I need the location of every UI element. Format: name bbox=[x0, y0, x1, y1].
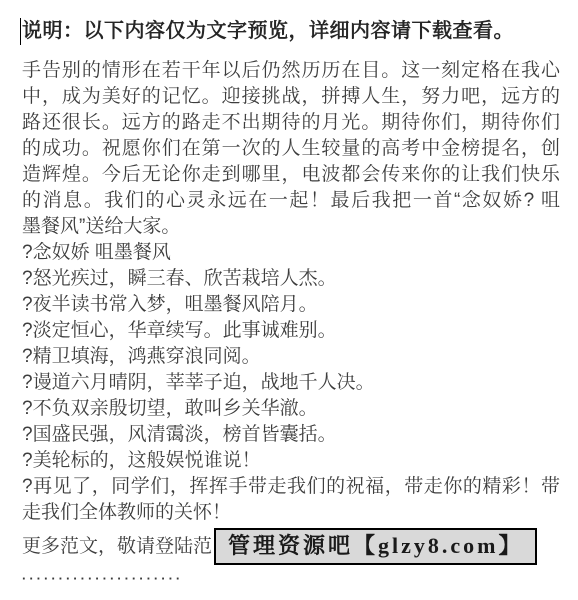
text-line: 中，成为美好的记忆。迎接挑战，拼搏人生，努力吧，远方的 bbox=[22, 84, 560, 110]
text-line: ?再见了，同学们，挥挥手带走我们的祝福，带走你的精彩！带 bbox=[22, 474, 560, 500]
text-line: ?国盛民强，风清霭淡，榜首皆囊括。 bbox=[22, 422, 560, 448]
text-line: ?美轮标的，这般娱悦谁说！ bbox=[22, 448, 560, 474]
text-line: ?谩道六月晴阴，莘莘子迫，战地千人决。 bbox=[22, 370, 560, 396]
ellipsis-row: ······················ bbox=[22, 571, 560, 586]
text-line: 走我们全体教师的关怀！ bbox=[22, 500, 560, 526]
text-line: 路还很长。远方的路走不出期待的月光。期待你们，期待你们 bbox=[22, 110, 560, 136]
document-body: 手告别的情形在若干年以后仍然历历在目。这一刻定格在我心中，成为美好的记忆。迎接挑… bbox=[22, 58, 560, 526]
document-preview-page: 说明：以下内容仅为文字预览，详细内容请下载查看。 手告别的情形在若干年以后仍然历… bbox=[0, 0, 578, 600]
text-line: 的成功。祝愿你们在第一次的人生较量的高考中金榜提名，创 bbox=[22, 136, 560, 162]
text-line: 造辉煌。今后无论你走到哪里，电波都会传来你的让我们快乐 bbox=[22, 162, 560, 188]
preview-notice: 说明：以下内容仅为文字预览，详细内容请下载查看。 bbox=[22, 16, 560, 46]
text-line: 墨餐风”送给大家。 bbox=[22, 214, 560, 240]
text-line: ?不负双亲殷切望，敢叫乡关华澈。 bbox=[22, 396, 560, 422]
text-line: ?夜半读书常入梦，咀墨餐风陪月。 bbox=[22, 292, 560, 318]
text-cursor bbox=[20, 18, 21, 45]
text-line: ?怒光疾过，瞬三春、欣苦栽培人杰。 bbox=[22, 266, 560, 292]
footer-line: 更多范文，敬请登陆范 管理资源吧【glzy8.com】 bbox=[22, 528, 560, 565]
text-line: ?淡定恒心，华章续写。此事诚难别。 bbox=[22, 318, 560, 344]
glzy8-site-badge[interactable]: 管理资源吧【glzy8.com】 bbox=[214, 528, 537, 565]
text-line: ?念奴娇 咀墨餐风 bbox=[22, 240, 560, 266]
text-line: ?精卫填海，鸿燕穿浪同阅。 bbox=[22, 344, 560, 370]
text-line: 的消息。我们的心灵永远在一起！最后我把一首“念奴娇? 咀 bbox=[22, 188, 560, 214]
text-line: 手告别的情形在若干年以后仍然历历在目。这一刻定格在我心 bbox=[22, 58, 560, 84]
footer-text: 更多范文，敬请登陆范 bbox=[22, 534, 212, 560]
